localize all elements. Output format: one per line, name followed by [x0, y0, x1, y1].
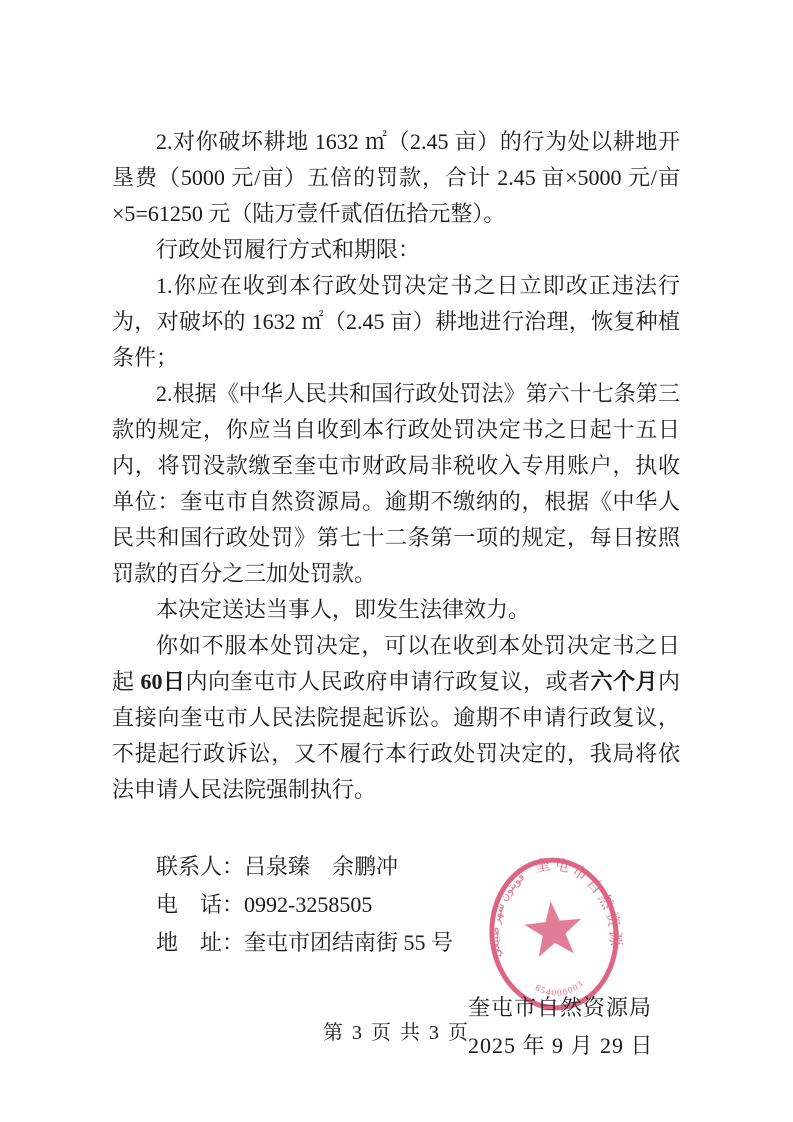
signature-block: 奎屯市自然资源局 2025 年 9 月 29 日 [468, 989, 680, 1065]
appeal-deadline-months: 六个月 [590, 669, 658, 694]
stamp-star-icon [522, 898, 584, 958]
paragraph-section-heading: 行政处罚履行方式和期限： [112, 232, 680, 268]
issuing-authority: 奎屯市自然资源局 [468, 989, 680, 1027]
appeal-text-2: 内向奎屯市人民政府申请行政复议，或者 [186, 669, 591, 694]
document-page: قويتون شهر طبيعي 奎屯市自然资源局 654000003 2.对你… [0, 0, 793, 1122]
paragraph-appeal-rights: 你如不服本处罚决定，可以在收到本处罚决定书之日起 60日内向奎屯市人民政府申请行… [112, 628, 680, 808]
paragraph-correction-requirement: 1.你应在收到本行政处罚决定书之日立即改正违法行为，对破坏的 1632 ㎡（2.… [112, 268, 680, 376]
paragraph-payment-requirement: 2.根据《中华人民共和国行政处罚法》第六十七条第三款的规定，你应当自收到本行政处… [112, 376, 680, 592]
issue-date: 2025 年 9 月 29 日 [468, 1027, 680, 1065]
paragraph-penalty-amount: 2.对你破坏耕地 1632 ㎡（2.45 亩）的行为处以耕地开垦费（5000 元… [112, 124, 680, 232]
paragraph-legal-effect: 本决定送达当事人，即发生法律效力。 [112, 592, 680, 628]
stamp-side-script: قويتون شهر طبيعي [482, 870, 535, 958]
appeal-deadline-days: 60日 [141, 669, 186, 694]
